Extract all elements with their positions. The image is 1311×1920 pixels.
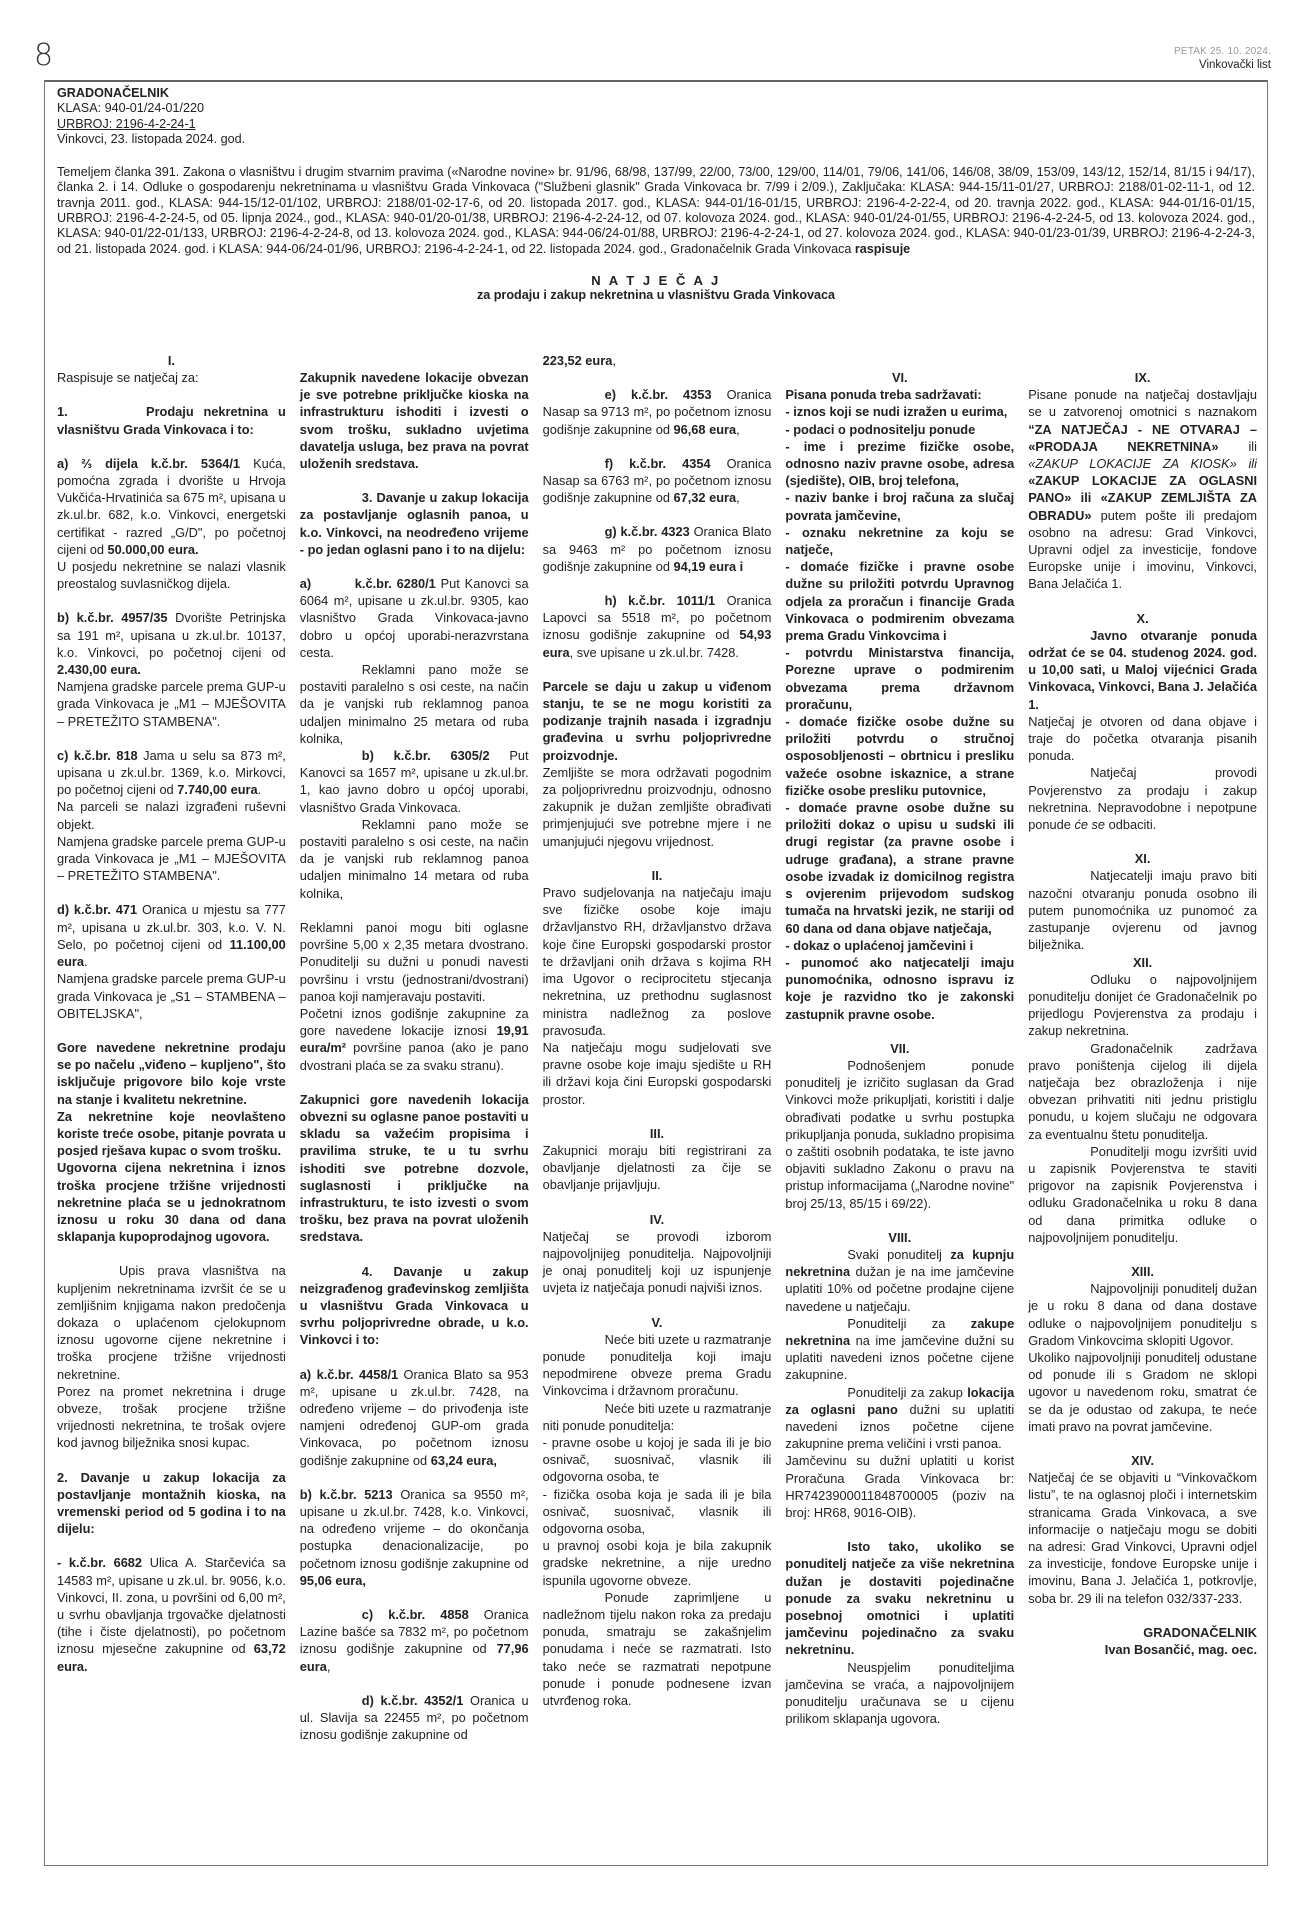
kiosk-location: - k.č.br. 6682 Ulica A. Starčevića sa 14… <box>57 1554 286 1674</box>
property-b: b) k.č.br. 4957/35 Dvorište Petrinjska s… <box>57 609 286 678</box>
deposit-lease: Ponuditelji za zakupe nekretnina na ime … <box>785 1315 1014 1384</box>
column-5: IX. Pisane ponude na natječaj dostavljaj… <box>1028 352 1257 1743</box>
property-d-note: Namjena gradske parcele prema GUP-u grad… <box>57 970 286 1022</box>
column-4: VI. Pisana ponuda treba sadržavati: - iz… <box>785 352 1014 1743</box>
article-columns: I. Raspisuje se natječaj za: 1. Prodaju … <box>57 352 1257 1743</box>
panel-location-b: b) k.č.br. 6305/2 Put Kanovci sa 1657 m²… <box>300 747 529 816</box>
section-12-text-2: Gradonačelnik zadržava pravo poništenja … <box>1028 1040 1257 1143</box>
section-2-text-2: Na natječaju mogu sudjelovati sve pravne… <box>543 1039 772 1108</box>
issue-date: PETAK 25. 10. 2024. <box>1174 46 1271 57</box>
section-13-text-1: Najpovoljniji ponuditelj dužan je u roku… <box>1028 1280 1257 1349</box>
kiosk-terms: Zakupnik navedene lokacije obvezan je sv… <box>300 369 529 472</box>
section-intro: Raspisuje se natječaj za: <box>57 369 286 386</box>
section-14-text: Natječaj će se objaviti u “Vinkovačkom l… <box>1028 1469 1257 1607</box>
registration-note: Upis prava vlasništva na kupljenim nekre… <box>57 1262 286 1382</box>
land-d-price: 223,52 eura, <box>543 352 772 369</box>
property-a-note: U posjedu nekretnine se nalazi vlasnik p… <box>57 558 286 592</box>
list-item: - domaće pravne osobe dužne su priložiti… <box>785 799 1014 937</box>
land-h: h) k.č.br. 1011/1 Oranica Lapovci sa 551… <box>543 592 772 661</box>
section-heading: II. <box>543 867 772 884</box>
section-heading: XIV. <box>1028 1452 1257 1469</box>
issuer-block: GRADONAČELNIK KLASA: 940-01/24-01/220 UR… <box>57 86 1255 147</box>
list-item: - oznaku nekretnine za koju se natječe, <box>785 524 1014 558</box>
section-2-text-1: Pravo sudjelovanja na natječaju imaju sv… <box>543 884 772 1039</box>
section-5-list: - pravne osobe u kojoj je sada ili je bi… <box>543 1434 772 1589</box>
section-12-text-1: Odluku o najpovoljnijem ponuditelju doni… <box>1028 971 1257 1040</box>
list-item: - podaci o podnositelju ponude <box>785 421 1014 438</box>
sale-terms: Gore navedene nekretnine prodaju se po n… <box>57 1039 286 1108</box>
land-g: g) k.č.br. 4323 Oranica Blato sa 9463 m²… <box>543 523 772 575</box>
section-heading: VI. <box>785 369 1014 386</box>
property-a: a) ⅔ dijela k.č.br. 5364/1 Kuća, pomoćna… <box>57 455 286 558</box>
signature-name: Ivan Bosančić, mag. oec. <box>1028 1641 1257 1658</box>
panel-location-a-note: Reklamni pano može se postaviti paraleln… <box>300 661 529 747</box>
land-c: c) k.č.br. 4858 Oranica Lazine bašće sa … <box>300 1606 529 1675</box>
offer-requirements-list: - iznos koji se nudi izražen u eurima, -… <box>785 403 1014 1022</box>
page-number: 8 <box>34 38 53 73</box>
section-heading: IV. <box>543 1211 772 1228</box>
land-f: f) k.č.br. 4354 Oranica Nasap sa 6763 m²… <box>543 455 772 507</box>
list-item: - dokaz o uplaćenoj jamčevini i <box>785 937 1014 954</box>
property-b-note: Namjena gradske parcele prema GUP-u grad… <box>57 678 286 730</box>
panel-location-b-note: Reklamni pano može se postaviti paraleln… <box>300 816 529 902</box>
tax-note: Porez na promet nekretnina i druge obvez… <box>57 1383 286 1452</box>
land-d: d) k.č.br. 4352/1 Oranica u ul. Slavija … <box>300 1692 529 1744</box>
section-12-text-3: Ponuditelji mogu izvršiti uvid u zapisni… <box>1028 1143 1257 1246</box>
panel-price: Početni iznos godišnje zakupnine za gore… <box>300 1005 529 1074</box>
list-item: - punomoć ako natjecatelji imaju punomoć… <box>785 954 1014 1023</box>
masthead: PETAK 25. 10. 2024. Vinkovački list <box>1174 46 1271 71</box>
panel-size: Reklamni panoi mogu biti oglasne površin… <box>300 919 529 1005</box>
preamble: Temeljem članka 391. Zakona o vlasništvu… <box>57 165 1255 257</box>
section-heading: XII. <box>1028 954 1257 971</box>
section-13-text-2: Ukoliko najpovoljniji ponuditelj odustan… <box>1028 1349 1257 1435</box>
land-terms: Parcele se daju u zakup u viđenom stanju… <box>543 678 772 764</box>
place-date: Vinkovci, 23. listopada 2024. god. <box>57 132 1255 147</box>
land-a: a) k.č.br. 4458/1 Oranica Blato sa 953 m… <box>300 1366 529 1469</box>
deposit-return: Neuspjelim ponuditeljima jamčevina se vr… <box>785 1659 1014 1728</box>
opening-date: Javno otvaranje ponuda održat će se 04. … <box>1028 627 1257 713</box>
item-4-title: 4. Davanje u zakup neizgrađenog građevin… <box>300 1263 529 1349</box>
section-10-text-2: Natječaj je otvoren od dana objave i tra… <box>1028 713 1257 765</box>
panel-location-a: a) k.č.br. 6280/1 Put Kanovci sa 6064 m²… <box>300 575 529 661</box>
list-item: - ime i prezime fizičke osobe, odnosno n… <box>785 438 1014 490</box>
paper-name: Vinkovački list <box>1174 59 1271 71</box>
land-terms-2: Zemljište se mora održavati pogodnim za … <box>543 764 772 850</box>
section-4-text: Natječaj se provodi izborom najpovoljnij… <box>543 1228 772 1297</box>
sale-terms-3: Ugovorna cijena nekretnina i iznos trošk… <box>57 1159 286 1245</box>
list-item: - naziv banke i broj računa za slučaj po… <box>785 489 1014 523</box>
section-5-text-1: Neće biti uzete u razmatranje ponude pon… <box>543 1331 772 1400</box>
section-9-text: Pisane ponude na natječaj dostavljaju se… <box>1028 386 1257 592</box>
property-c-note1: Na parceli se nalazi izgrađeni ruševni o… <box>57 798 286 832</box>
list-item: - potvrdu Ministarstva financija, Porezn… <box>785 644 1014 713</box>
deposit-account: Jamčevinu su dužni uplatiti u korist Pro… <box>785 1452 1014 1521</box>
section-heading: VIII. <box>785 1229 1014 1246</box>
notice-box: GRADONAČELNIK KLASA: 940-01/24-01/220 UR… <box>44 80 1268 1866</box>
issuer-title: GRADONAČELNIK <box>57 86 1255 101</box>
column-3: 223,52 eura, e) k.č.br. 4353 Oranica Nas… <box>543 352 772 1743</box>
multiple-offers: Isto tako, ukoliko se ponuditelj natječe… <box>785 1538 1014 1658</box>
section-heading: XI. <box>1028 850 1257 867</box>
deposit-panel: Ponuditelji za zakup lokacija za oglasni… <box>785 1384 1014 1453</box>
section-heading: V. <box>543 1314 772 1331</box>
deposit-purchase: Svaki ponuditelj za kupnju nekretnina du… <box>785 1246 1014 1315</box>
item-1-title: 1. Prodaju nekretnina u vlasništvu Grada… <box>57 403 286 437</box>
item-2-title: 2. Davanje u zakup lokacija za postavlja… <box>57 1469 286 1538</box>
list-item: - iznos koji se nudi izražen u eurima, <box>785 403 1014 420</box>
section-6-intro: Pisana ponuda treba sadržavati: <box>785 386 1014 403</box>
section-heading: I. <box>57 352 286 369</box>
item-3-title: 3. Davanje u zakup lokacija za postavlja… <box>300 489 529 558</box>
land-e: e) k.č.br. 4353 Oranica Nasap sa 9713 m²… <box>543 386 772 438</box>
sale-terms-2: Za nekretnine koje neovlašteno koriste t… <box>57 1108 286 1160</box>
section-heading: X. <box>1028 610 1257 627</box>
list-item: - domaće fizičke osobe dužne su priložit… <box>785 713 1014 799</box>
section-heading: IX. <box>1028 369 1257 386</box>
column-2: Zakupnik navedene lokacije obvezan je sv… <box>300 352 529 1743</box>
property-c: c) k.č.br. 818 Jama u selu sa 873 m², up… <box>57 747 286 799</box>
section-heading: III. <box>543 1125 772 1142</box>
section-7-text: Podnošenjem ponude ponuditelj je izričit… <box>785 1057 1014 1212</box>
panel-terms: Zakupnici gore navedenih lokacija obvezn… <box>300 1091 529 1246</box>
section-heading: VII. <box>785 1040 1014 1057</box>
klasa: KLASA: 940-01/24-01/220 <box>57 101 1255 116</box>
property-c-note2: Namjena gradske parcele prema GUP-u grad… <box>57 833 286 885</box>
section-5-text-2: Neće biti uzete u razmatranje niti ponud… <box>543 1400 772 1434</box>
notice-subtitle: za prodaju i zakup nekretnina u vlasništ… <box>57 288 1255 303</box>
notice-title: N A T J E Č A J <box>57 273 1255 288</box>
urbroj: URBROJ: 2196-4-2-24-1 <box>57 117 1255 132</box>
section-heading: XIII. <box>1028 1263 1257 1280</box>
signature-title: GRADONAČELNIK <box>1028 1624 1257 1641</box>
section-11-text: Natjecatelji imaju pravo biti nazočni ot… <box>1028 867 1257 953</box>
property-d: d) k.č.br. 471 Oranica u mjestu sa 777 m… <box>57 901 286 970</box>
section-10-text-3: Natječaj provodi Povjerenstvo za prodaju… <box>1028 764 1257 833</box>
section-3-text: Zakupnici moraju biti registrirani za ob… <box>543 1142 772 1194</box>
column-1: I. Raspisuje se natječaj za: 1. Prodaju … <box>57 352 286 1743</box>
list-item: - domaće fizičke i pravne osobe dužne su… <box>785 558 1014 644</box>
land-b: b) k.č.br. 5213 Oranica sa 9550 m², upis… <box>300 1486 529 1589</box>
section-5-text-3: Ponude zaprimljene u nadležnom tijelu na… <box>543 1589 772 1709</box>
